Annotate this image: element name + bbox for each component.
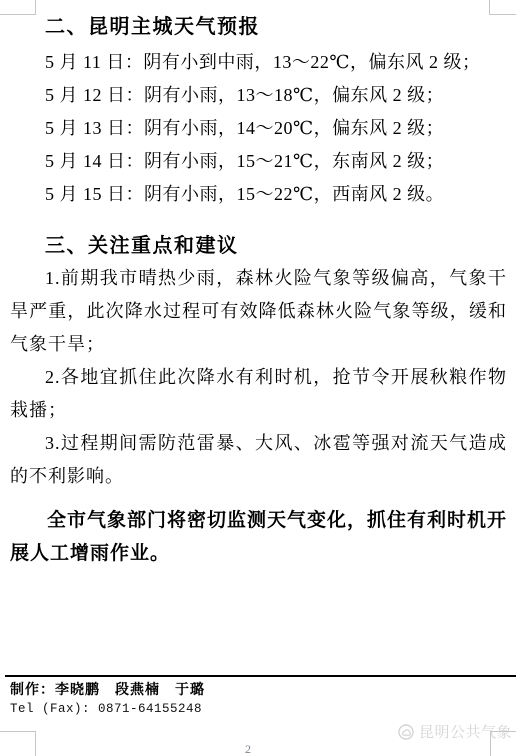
forecast-line: 5 月 13 日：阴有小雨，14～20℃，偏东风 2 级； <box>45 112 480 145</box>
forecast-line: 5 月 14 日：阴有小雨，15～21℃，东南风 2 级； <box>45 145 480 178</box>
closing-statement: 全市气象部门将密切监测天气变化，抓住有利时机开展人工增雨作业。 <box>10 504 507 570</box>
advice-paragraphs: 1.前期我市晴热少雨，森林火险气象等级偏高，气象干旱严重，此次降水过程可有效降低… <box>10 262 507 493</box>
page-margin-mark-top-right <box>489 0 516 15</box>
watermark-label: 昆明公共气象 <box>419 721 512 742</box>
footer-divider <box>5 675 516 677</box>
advice-paragraph: 1.前期我市晴热少雨，森林火险气象等级偏高，气象干旱严重，此次降水过程可有效降低… <box>10 262 507 361</box>
page-margin-mark-top-left <box>0 0 36 15</box>
advice-paragraph: 2.各地宜抓住此次降水有利时机，抢节令开展秋粮作物栽播； <box>10 361 507 427</box>
page-margin-mark-bottom-left <box>0 731 36 756</box>
forecast-line: 5 月 12 日：阴有小雨，13～18℃，偏东风 2 级； <box>45 79 480 112</box>
section-heading-advice: 三、关注重点和建议 <box>45 234 239 258</box>
forecast-line: 5 月 15 日：阴有小雨，15～22℃，西南风 2 级。 <box>45 178 480 211</box>
page-number: 2 <box>245 742 251 756</box>
watermark: 昆明公共气象 <box>398 721 512 742</box>
forecast-line: 5 月 11 日：阴有小到中雨，13～22℃，偏东风 2 级； <box>45 46 480 79</box>
document-page: 二、昆明主城天气预报 5 月 11 日：阴有小到中雨，13～22℃，偏东风 2 … <box>0 0 516 756</box>
producer-credit: 制作：李晓鹏 段燕楠 于璐 <box>10 679 205 699</box>
advice-paragraph: 3.过程期间需防范雷暴、大风、冰雹等强对流天气造成的不利影响。 <box>10 427 507 493</box>
kunming-weather-logo-icon <box>398 724 414 740</box>
section-heading-forecast: 二、昆明主城天气预报 <box>45 15 260 39</box>
tel-fax-line: Tel (Fax): 0871-64155248 <box>10 702 202 716</box>
forecast-list: 5 月 11 日：阴有小到中雨，13～22℃，偏东风 2 级； 5 月 12 日… <box>45 46 480 211</box>
